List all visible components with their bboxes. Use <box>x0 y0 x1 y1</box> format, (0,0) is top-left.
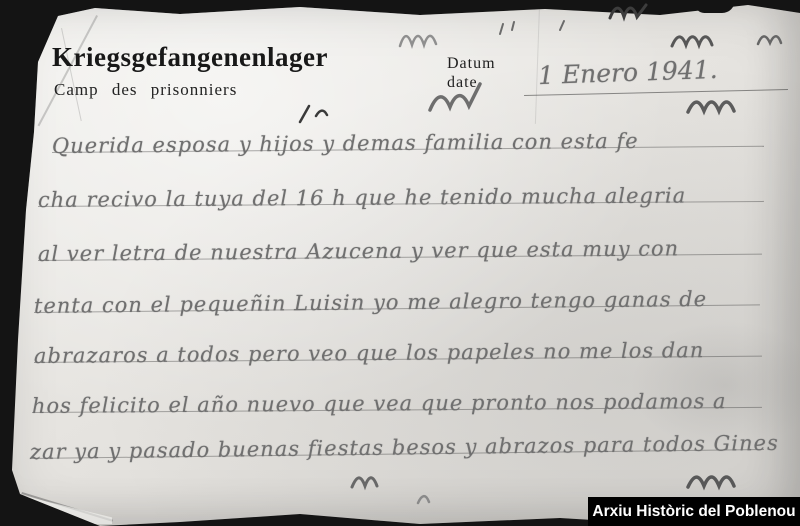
letter-line: al ver letra de nuestra Azucena y ver qu… <box>38 220 762 261</box>
photo-background: Kriegsgefangenenlager Camp des prisonnie… <box>0 0 800 526</box>
paper-tear-highlight <box>16 494 112 524</box>
camp-title: Kriegsgefangenenlager <box>52 42 328 73</box>
letter-line: Querida esposa y hijos y demas familia c… <box>52 112 764 153</box>
letter-line: hos felicito el año nuevo que vea que pr… <box>32 373 762 413</box>
letter-line: abrazaros a todos pero veo que los papel… <box>34 322 762 363</box>
letter-line-text: abrazaros a todos pero veo que los papel… <box>34 338 705 368</box>
letter-line: cha recivo la tuya del 16 h que he tenid… <box>38 167 764 207</box>
letter-line-text: Querida esposa y hijos y demas familia c… <box>52 129 639 158</box>
date-label: date <box>447 74 478 92</box>
letter-line-text: al ver letra de nuestra Azucena y ver qu… <box>38 236 679 266</box>
date-rule-line <box>524 89 788 96</box>
datum-label: Datum <box>447 55 496 73</box>
letter-line-text: cha recivo la tuya del 16 h que he tenid… <box>38 183 686 212</box>
letter-line: tenta con el pequeñin Luisin yo me alegr… <box>34 270 760 313</box>
archive-watermark: Arxiu Històric del Poblenou <box>588 497 800 526</box>
letter-line-text: tenta con el pequeñin Luisin yo me alegr… <box>34 287 707 318</box>
letter-line-text: zar ya y pasado buenas fiestas besos y a… <box>30 431 779 464</box>
letter-line: zar ya y pasado buenas fiestas besos y a… <box>30 415 764 459</box>
camp-subtitle: Camp des prisonniers <box>54 80 237 100</box>
letter-line-text: hos felicito el año nuevo que vea que pr… <box>32 389 727 418</box>
handwritten-date: 1 Enero 1941. <box>538 55 718 90</box>
postcard: Kriegsgefangenenlager Camp des prisonnie… <box>0 0 800 526</box>
